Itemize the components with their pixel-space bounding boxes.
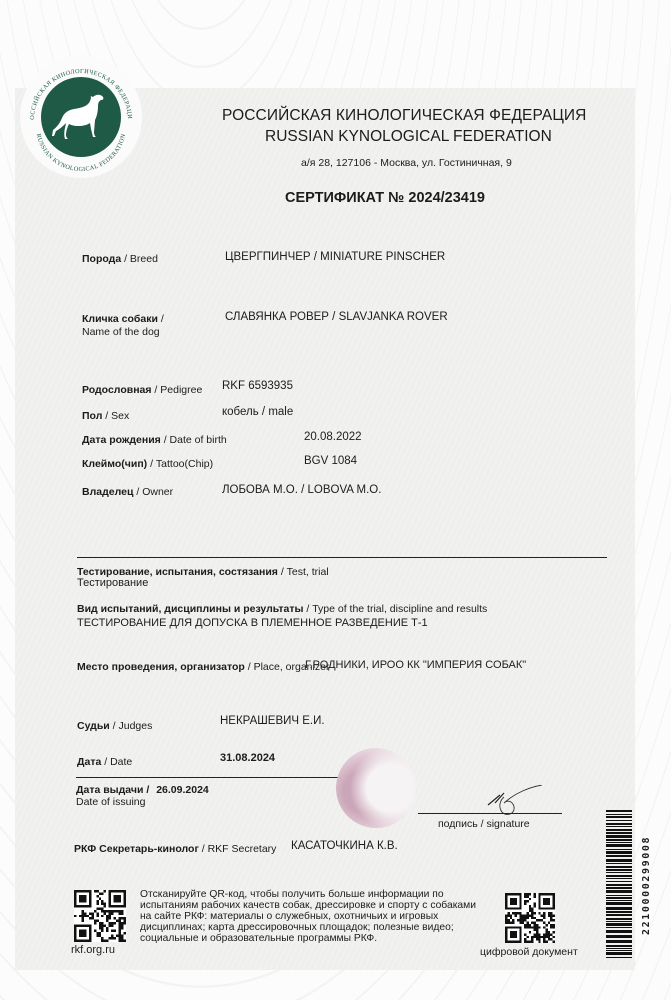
rkf-site-link[interactable]: rkf.org.ru <box>71 944 115 956</box>
barcode-number: 2210000299008 <box>641 810 655 960</box>
judges-label: Судьи / Judges <box>77 720 152 732</box>
chip-label: Клеймо(чип) / Tattoo(Chip) <box>82 458 213 470</box>
secretary-value: КАСАТОЧКИНА К.В. <box>291 840 398 852</box>
sex-label: Пол / Sex <box>82 410 129 422</box>
signature-line <box>418 813 562 814</box>
trial-type-value: ТЕСТИРОВАНИЕ ДЛЯ ДОПУСКА В ПЛЕМЕННОЕ РАЗ… <box>77 617 428 629</box>
signature-label: подпись / signature <box>438 818 530 830</box>
trial-type-label: Вид испытаний, дисциплины и результаты /… <box>77 603 487 615</box>
date-value: 31.08.2024 <box>220 752 275 764</box>
digital-document-label: цифровой документ <box>480 946 578 958</box>
judges-value: НЕКРАШЕВИЧ Е.И. <box>220 715 325 727</box>
certificate-paper <box>15 88 635 970</box>
issue-label: Дата выдачи / 26.09.2024Date of issuing <box>76 784 209 808</box>
signature-scribble <box>470 785 550 820</box>
place-label: Место проведения, организатор / Place, o… <box>77 661 329 673</box>
chip-value: BGV 1084 <box>304 455 357 467</box>
org-name-ru: РОССИЙСКАЯ КИНОЛОГИЧЕСКАЯ ФЕДЕРАЦИЯ <box>222 107 586 125</box>
pedigree-label: Родословная / Pedigree <box>82 384 202 396</box>
date-line <box>76 777 341 778</box>
pedigree-value: RKF 6593935 <box>222 380 293 392</box>
org-name-en: RUSSIAN KYNOLOGICAL FEDERATION <box>265 128 552 146</box>
digital-document-qr-code[interactable] <box>505 893 555 943</box>
barcode <box>606 810 632 960</box>
date-label: Дата / Date <box>77 756 132 768</box>
breed-value: ЦВЕРГПИНЧЕР / MINIATURE PINSCHER <box>225 251 445 263</box>
dob-value: 20.08.2022 <box>304 431 362 443</box>
issue-value: 26.09.2024 <box>156 784 209 796</box>
trial-value: Тестирование <box>77 577 148 589</box>
qr-info-text: Отсканируйте QR-код, чтобы получить боль… <box>140 889 476 944</box>
org-address: а/я 28, 127106 - Москва, ул. Гостиничная… <box>301 157 512 169</box>
borzoi-dog-icon <box>41 77 121 157</box>
sex-value: кобель / male <box>222 406 293 418</box>
rkf-logo: РОССИЙСКАЯ КИНОЛОГИЧЕСКАЯ ФЕДЕРАЦИЯ RUSS… <box>20 56 142 178</box>
logo-disc <box>41 77 121 157</box>
rkf-qr-code[interactable] <box>74 890 126 942</box>
place-value: Г.РОДНИКИ, ИРОО КК "ИМПЕРИЯ СОБАК" <box>305 659 526 671</box>
owner-value: ЛОБОВА М.О. / LOBOVA M.O. <box>222 484 381 496</box>
dog-name-value: СЛАВЯНКА РОВЕР / SLAVJANKA ROVER <box>225 311 448 323</box>
certificate-number: СЕРТИФИКАТ № 2024/23419 <box>285 190 485 206</box>
dog-name-label: Кличка собаки /Name of the dog <box>82 313 164 339</box>
embossed-stamp <box>336 748 416 828</box>
owner-label: Владелец / Owner <box>82 486 173 498</box>
divider <box>77 557 607 558</box>
secretary-label: РКФ Секретарь-кинолог / RKF Secretary <box>74 843 276 855</box>
breed-label: Порода / Breed <box>82 253 158 265</box>
dob-label: Дата рождения / Date of birth <box>82 434 227 446</box>
